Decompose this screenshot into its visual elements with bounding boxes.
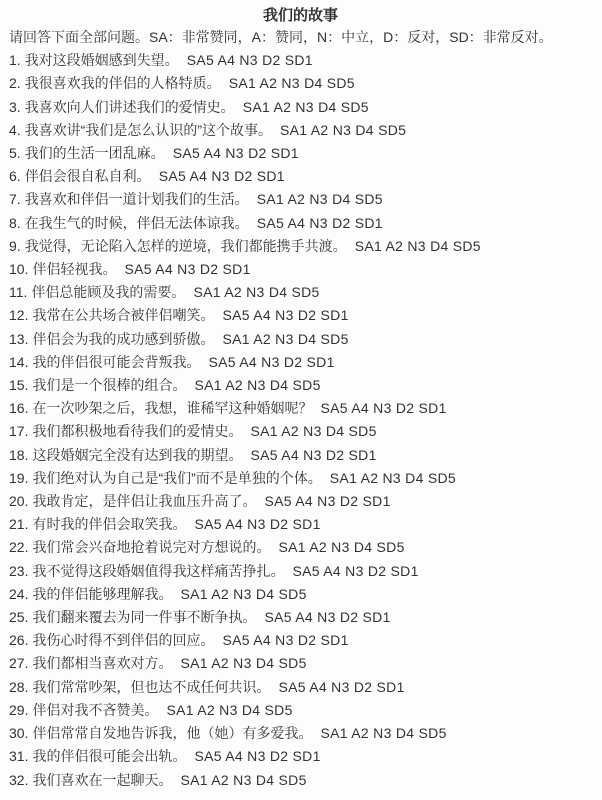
questionnaire-item: 17.我们都积极地看待我们的爱情史。SA1 A2 N3 D4 SD5 (9, 420, 592, 443)
item-statement: 伴侣会为我的成功感到骄傲。 (32, 331, 214, 347)
questionnaire-item: 6.伴侣会很自私自利。SA5 A4 N3 D2 SD1 (9, 165, 592, 188)
item-scale: SA5 A4 N3 D2 SD1 (264, 609, 390, 625)
item-scale: SA5 A4 N3 D2 SD1 (208, 354, 334, 370)
item-number: 10. (9, 261, 28, 277)
questionnaire-item: 9.我觉得，无论陷入怎样的逆境，我们都能携手共渡。SA1 A2 N3 D4 SD… (9, 235, 592, 258)
questionnaire-item: 31.我的伴侣很可能会出轨。SA5 A4 N3 D2 SD1 (9, 745, 592, 768)
item-scale: SA5 A4 N3 D2 SD1 (194, 748, 320, 764)
item-scale: SA1 A2 N3 D4 SD5 (193, 284, 319, 300)
item-statement: 伴侣轻视我。 (32, 261, 116, 277)
item-number: 14. (9, 354, 28, 370)
item-scale: SA5 A4 N3 D2 SD1 (222, 632, 348, 648)
questionnaire-item: 5.我们的生活一团乱麻。SA5 A4 N3 D2 SD1 (9, 142, 592, 165)
item-statement: 我们喜欢在一起聊天。 (32, 772, 172, 788)
item-scale: SA5 A4 N3 D2 SD1 (320, 400, 446, 416)
questionnaire-item: 12.我常在公共场合被伴侣嘲笑。SA5 A4 N3 D2 SD1 (9, 304, 592, 327)
item-number: 12. (9, 307, 28, 323)
questionnaire-item: 26.我伤心时得不到伴侣的回应。SA5 A4 N3 D2 SD1 (9, 629, 592, 652)
item-number: 22. (9, 539, 28, 555)
questionnaire-item: 20.我敢肯定，是伴侣让我血压升高了。SA5 A4 N3 D2 SD1 (9, 490, 592, 513)
item-scale: SA5 A4 N3 D2 SD1 (173, 145, 299, 161)
item-scale: SA1 A2 N3 D4 SD5 (257, 191, 383, 207)
item-number: 26. (9, 632, 28, 648)
item-number: 16. (9, 400, 28, 416)
item-number: 18. (9, 447, 28, 463)
questionnaire-item: 27.我们都相当喜欢对方。SA1 A2 N3 D4 SD5 (9, 652, 592, 675)
item-statement: 我喜欢向人们讲述我们的爱情史。 (25, 99, 235, 115)
questionnaire-item: 11.伴侣总能顾及我的需要。SA1 A2 N3 D4 SD5 (9, 281, 592, 304)
item-number: 2. (9, 75, 21, 91)
questionnaire-item: 32.我们喜欢在一起聊天。SA1 A2 N3 D4 SD5 (9, 769, 592, 792)
item-statement: 伴侣对我不吝赞美。 (32, 702, 158, 718)
item-number: 30. (9, 725, 28, 741)
item-scale: SA5 A4 N3 D2 SD1 (278, 679, 404, 695)
questionnaire-item: 16.在一次吵架之后，我想，谁稀罕这种婚姻呢？SA5 A4 N3 D2 SD1 (9, 397, 592, 420)
item-number: 29. (9, 702, 28, 718)
item-statement: 我们翻来覆去为同一件事不断争执。 (32, 609, 256, 625)
questionnaire-item: 10.伴侣轻视我。SA5 A4 N3 D2 SD1 (9, 258, 592, 281)
item-number: 21. (9, 516, 28, 532)
item-statement: 我们的生活一团乱麻。 (25, 145, 165, 161)
item-number: 6. (9, 168, 21, 184)
question-list: 1.我对这段婚姻感到失望。SA5 A4 N3 D2 SD12.我很喜欢我的伴侣的… (9, 49, 592, 792)
item-scale: SA5 A4 N3 D2 SD1 (187, 52, 313, 68)
item-statement: 我们是一个很棒的组合。 (32, 377, 186, 393)
questionnaire-item: 15.我们是一个很棒的组合。SA1 A2 N3 D4 SD5 (9, 374, 592, 397)
item-number: 28. (9, 679, 28, 695)
item-scale: SA1 A2 N3 D4 SD5 (320, 725, 446, 741)
item-scale: SA1 A2 N3 D4 SD5 (280, 122, 406, 138)
item-scale: SA5 A4 N3 D2 SD1 (159, 168, 285, 184)
item-number: 31. (9, 748, 28, 764)
item-scale: SA1 A2 N3 D4 SD5 (229, 75, 355, 91)
item-scale: SA1 A2 N3 D4 SD5 (355, 238, 481, 254)
questionnaire-item: 22.我们常会兴奋地抢着说完对方想说的。SA1 A2 N3 D4 SD5 (9, 536, 592, 559)
item-statement: 我喜欢讲“我们是怎么认识的”这个故事。 (25, 122, 272, 138)
item-statement: 伴侣总能顾及我的需要。 (31, 284, 185, 300)
item-statement: 我们常会兴奋地抢着说完对方想说的。 (32, 539, 270, 555)
item-scale: SA1 A2 N3 D4 SD5 (180, 586, 306, 602)
item-scale: SA1 A2 N3 D4 SD5 (243, 99, 369, 115)
item-number: 8. (9, 215, 21, 231)
item-statement: 有时我的伴侣会取笑我。 (32, 516, 186, 532)
item-statement: 我敢肯定，是伴侣让我血压升高了。 (32, 493, 256, 509)
item-number: 32. (9, 772, 28, 788)
instruction-text: 请回答下面全部问题。SA：非常赞同，A：赞同，N：中立，D：反对，SD：非常反对… (9, 26, 592, 49)
item-number: 3. (9, 99, 21, 115)
item-number: 23. (9, 563, 28, 579)
item-scale: SA1 A2 N3 D4 SD5 (180, 655, 306, 671)
item-number: 17. (9, 423, 28, 439)
questionnaire-item: 7.我喜欢和伴侣一道计划我们的生活。SA1 A2 N3 D4 SD5 (9, 188, 592, 211)
item-number: 5. (9, 145, 21, 161)
item-scale: SA5 A4 N3 D2 SD1 (257, 215, 383, 231)
item-number: 27. (9, 655, 28, 671)
questionnaire-item: 25.我们翻来覆去为同一件事不断争执。SA5 A4 N3 D2 SD1 (9, 606, 592, 629)
item-scale: SA1 A2 N3 D4 SD5 (250, 423, 376, 439)
item-number: 19. (9, 470, 28, 486)
item-scale: SA1 A2 N3 D4 SD5 (222, 331, 348, 347)
item-statement: 我常在公共场合被伴侣嘲笑。 (32, 307, 214, 323)
item-statement: 我喜欢和伴侣一道计划我们的生活。 (25, 191, 249, 207)
item-statement: 伴侣会很自私自利。 (25, 168, 151, 184)
item-statement: 伴侣常常自发地告诉我，他（她）有多爱我。 (32, 725, 312, 741)
item-number: 1. (9, 52, 21, 68)
item-scale: SA5 A4 N3 D2 SD1 (222, 307, 348, 323)
item-number: 15. (9, 377, 28, 393)
questionnaire-item: 21.有时我的伴侣会取笑我。SA5 A4 N3 D2 SD1 (9, 513, 592, 536)
item-scale: SA1 A2 N3 D4 SD5 (330, 470, 456, 486)
questionnaire-item: 4.我喜欢讲“我们是怎么认识的”这个故事。SA1 A2 N3 D4 SD5 (9, 119, 592, 142)
item-scale: SA1 A2 N3 D4 SD5 (180, 772, 306, 788)
item-statement: 我不觉得这段婚姻值得我这样痛苦挣扎。 (32, 563, 284, 579)
item-scale: SA5 A4 N3 D2 SD1 (124, 261, 250, 277)
item-statement: 我的伴侣很可能会出轨。 (32, 748, 186, 764)
item-statement: 我们绝对认为自己是“我们”而不是单独的个体。 (32, 470, 321, 486)
item-statement: 我觉得，无论陷入怎样的逆境，我们都能携手共渡。 (25, 238, 347, 254)
item-scale: SA1 A2 N3 D4 SD5 (194, 377, 320, 393)
questionnaire-item: 28.我们常常吵架，但也达不成任何共识。SA5 A4 N3 D2 SD1 (9, 676, 592, 699)
questionnaire-item: 14.我的伴侣很可能会背叛我。SA5 A4 N3 D2 SD1 (9, 351, 592, 374)
item-statement: 在我生气的时候，伴侣无法体谅我。 (25, 215, 249, 231)
questionnaire-item: 1.我对这段婚姻感到失望。SA5 A4 N3 D2 SD1 (9, 49, 592, 72)
item-scale: SA5 A4 N3 D2 SD1 (292, 563, 418, 579)
item-number: 25. (9, 609, 28, 625)
item-statement: 在一次吵架之后，我想，谁稀罕这种婚姻呢？ (32, 400, 312, 416)
questionnaire-item: 2.我很喜欢我的伴侣的人格特质。SA1 A2 N3 D4 SD5 (9, 72, 592, 95)
questionnaire-item: 18.这段婚姻完全没有达到我的期望。SA5 A4 N3 D2 SD1 (9, 444, 592, 467)
item-statement: 我们常常吵架，但也达不成任何共识。 (32, 679, 270, 695)
item-statement: 我们都积极地看待我们的爱情史。 (32, 423, 242, 439)
questionnaire-item: 3.我喜欢向人们讲述我们的爱情史。SA1 A2 N3 D4 SD5 (9, 96, 592, 119)
questionnaire-item: 13.伴侣会为我的成功感到骄傲。SA1 A2 N3 D4 SD5 (9, 328, 592, 351)
item-number: 4. (9, 122, 21, 138)
item-statement: 我的伴侣很可能会背叛我。 (32, 354, 200, 370)
item-number: 9. (9, 238, 21, 254)
questionnaire-item: 24.我的伴侣能够理解我。SA1 A2 N3 D4 SD5 (9, 583, 592, 606)
item-number: 20. (9, 493, 28, 509)
questionnaire-item: 29.伴侣对我不吝赞美。SA1 A2 N3 D4 SD5 (9, 699, 592, 722)
item-scale: SA5 A4 N3 D2 SD1 (194, 516, 320, 532)
item-scale: SA5 A4 N3 D2 SD1 (264, 493, 390, 509)
questionnaire-item: 19.我们绝对认为自己是“我们”而不是单独的个体。SA1 A2 N3 D4 SD… (9, 467, 592, 490)
item-statement: 我的伴侣能够理解我。 (32, 586, 172, 602)
questionnaire-item: 8.在我生气的时候，伴侣无法体谅我。SA5 A4 N3 D2 SD1 (9, 212, 592, 235)
item-statement: 我对这段婚姻感到失望。 (25, 52, 179, 68)
item-number: 13. (9, 331, 28, 347)
document-page: 我们的故事 请回答下面全部问题。SA：非常赞同，A：赞同，N：中立，D：反对，S… (0, 0, 602, 792)
item-number: 11. (9, 284, 27, 300)
item-statement: 我很喜欢我的伴侣的人格特质。 (25, 75, 221, 91)
questionnaire-item: 30.伴侣常常自发地告诉我，他（她）有多爱我。SA1 A2 N3 D4 SD5 (9, 722, 592, 745)
item-scale: SA5 A4 N3 D2 SD1 (250, 447, 376, 463)
questionnaire-item: 23.我不觉得这段婚姻值得我这样痛苦挣扎。SA5 A4 N3 D2 SD1 (9, 560, 592, 583)
item-statement: 这段婚姻完全没有达到我的期望。 (32, 447, 242, 463)
page-title: 我们的故事 (9, 5, 592, 26)
item-number: 24. (9, 586, 28, 602)
item-statement: 我伤心时得不到伴侣的回应。 (32, 632, 214, 648)
item-scale: SA1 A2 N3 D4 SD5 (166, 702, 292, 718)
item-scale: SA1 A2 N3 D4 SD5 (278, 539, 404, 555)
item-statement: 我们都相当喜欢对方。 (32, 655, 172, 671)
item-number: 7. (9, 191, 21, 207)
